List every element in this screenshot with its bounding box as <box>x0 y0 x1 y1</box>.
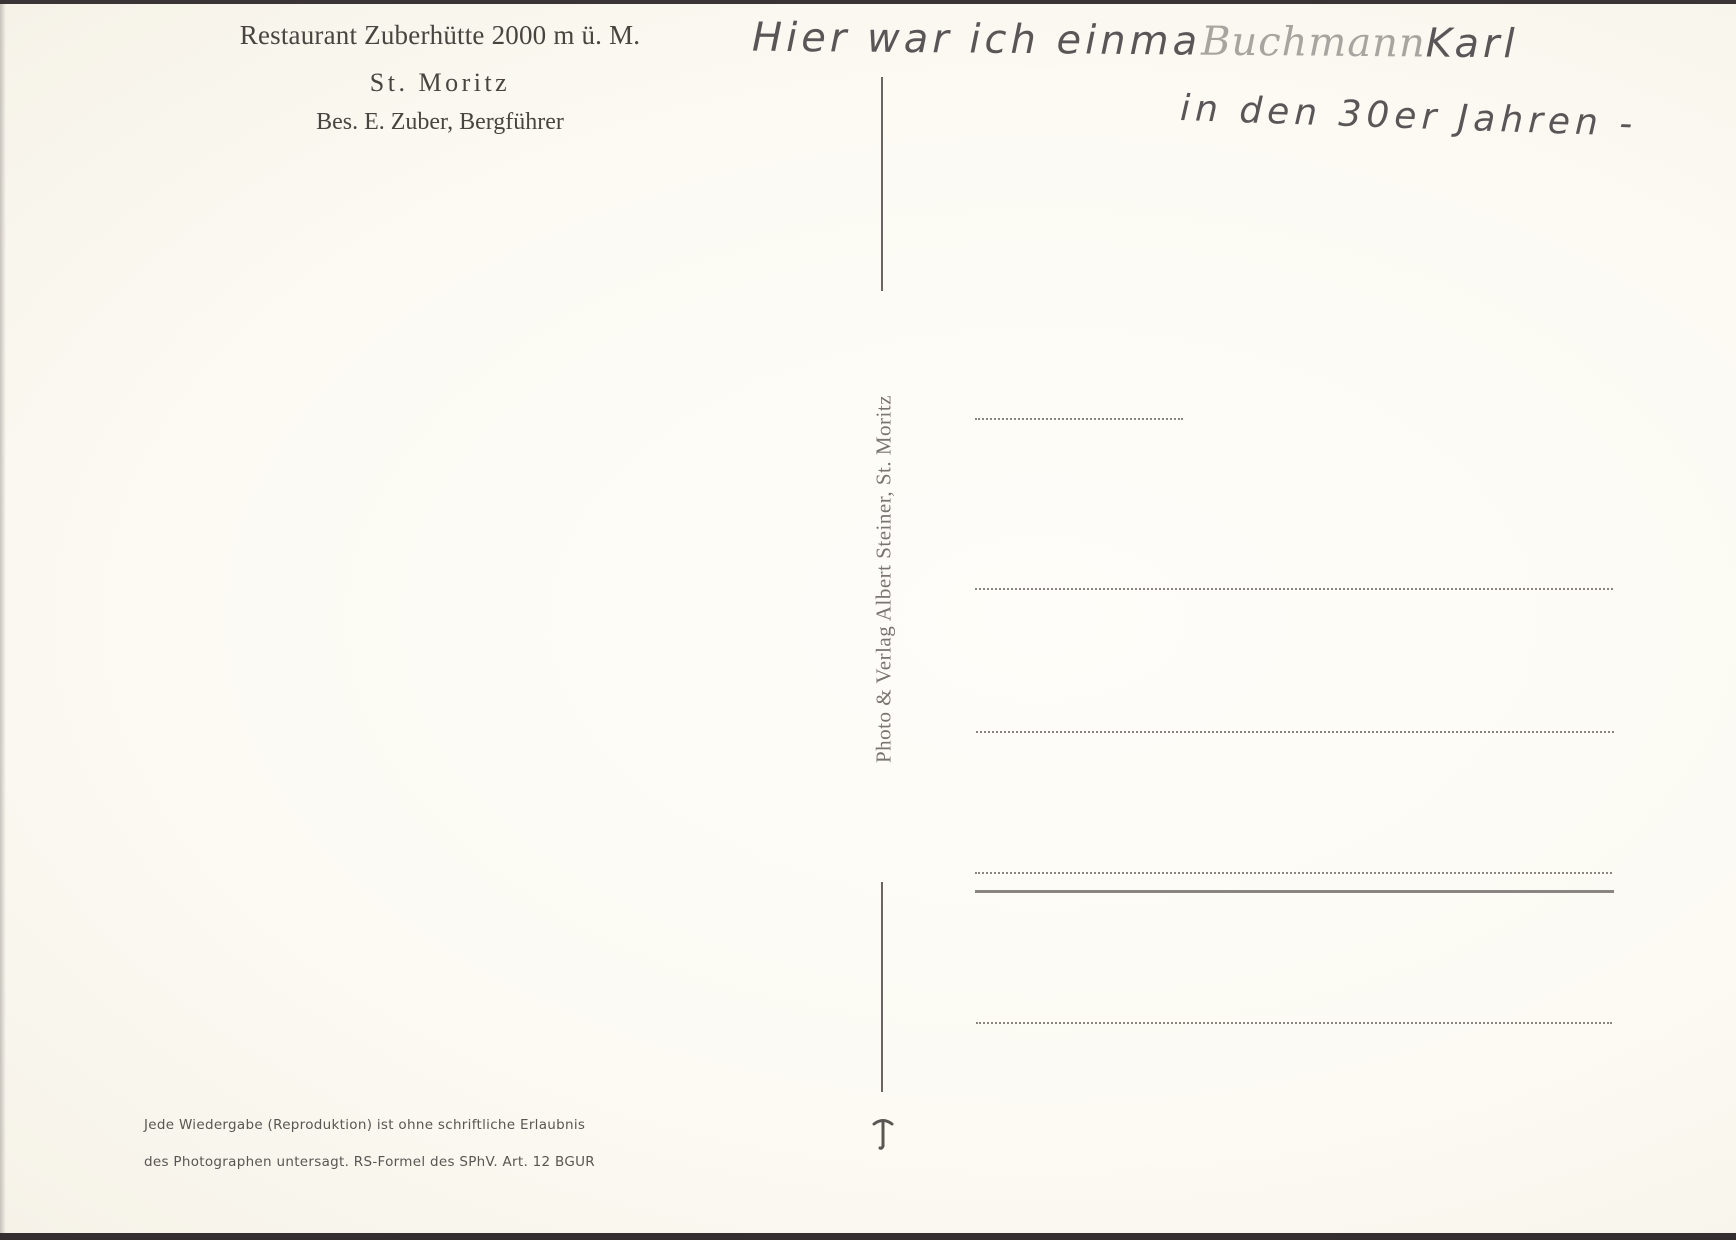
address-line-5 <box>976 1022 1612 1024</box>
copyright-notice-line2: des Photographen untersagt. RS-Formel de… <box>144 1154 595 1170</box>
center-divider-bottom <box>881 882 883 1092</box>
location-title: St. Moritz <box>140 68 740 98</box>
publisher-credit-vertical: Photo & Verlag Albert Steiner, St. Morit… <box>872 395 897 763</box>
postcard-back: Restaurant Zuberhütte 2000 m ü. M. St. M… <box>0 4 1736 1234</box>
address-line-4 <box>975 872 1612 874</box>
address-line-1 <box>975 418 1183 420</box>
restaurant-title: Restaurant Zuberhütte 2000 m ü. M. <box>140 20 740 51</box>
owner-line: Bes. E. Zuber, Bergführer <box>140 109 740 136</box>
address-line-2 <box>975 588 1613 590</box>
handwritten-text: Karl <box>1425 21 1518 68</box>
address-underline-solid <box>975 890 1614 893</box>
handwritten-note-line2: in den 30er Jahren - <box>1179 88 1638 145</box>
center-divider-top <box>881 77 883 291</box>
ice-axe-icon <box>872 1116 894 1150</box>
handwritten-note-line1: Hier war ich einmaBuchmannKarl <box>752 15 1519 68</box>
handwritten-text: Hier war ich einma <box>752 15 1201 65</box>
handwritten-name-faint: Buchmann <box>1201 19 1426 67</box>
card-bottom-edge <box>0 1233 1736 1240</box>
copyright-notice-line1: Jede Wiedergabe (Reproduktion) ist ohne … <box>144 1117 585 1133</box>
address-line-3 <box>976 731 1614 733</box>
